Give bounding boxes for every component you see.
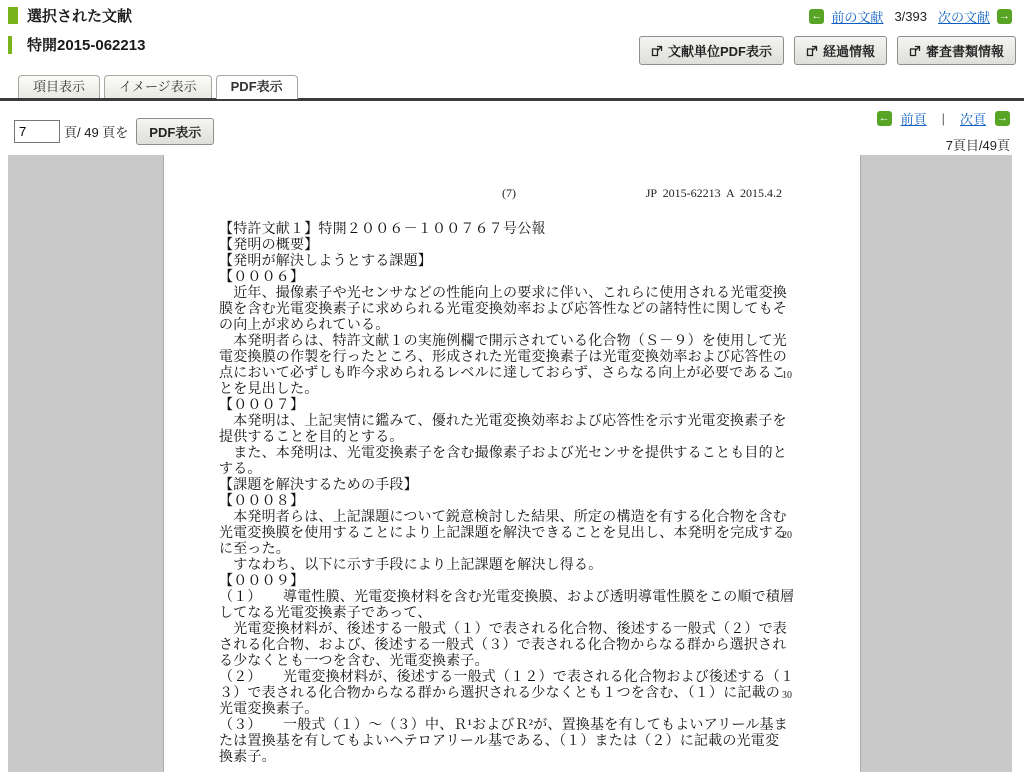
external-link-icon [651, 45, 663, 57]
accent-marker [8, 7, 18, 24]
tab-item-view[interactable]: 項目表示 [18, 75, 100, 98]
pdf-text: （３） 一般式（１）～（３）中、Ｒ¹およびＲ²が、置換基を有してもよいアリール基… [219, 718, 788, 733]
prev-page-arrow-icon[interactable]: ← [877, 111, 892, 126]
pdf-text-line: 【課題を解決するための手段】 [219, 478, 794, 494]
pdf-text-line: 本発明者らは、上記課題について鋭意検討した結果、所定の構造を有する化合物を含む [219, 510, 794, 526]
page-title: 選択された文献 [27, 5, 132, 26]
pdf-text: の向上が求められている。 [219, 318, 389, 333]
pdf-text-line: （１） 導電性膜、光電変換材料を含む光電変換膜、および透明導電性膜をこの順で積層 [219, 590, 794, 606]
next-page-link[interactable]: 次頁 [960, 109, 986, 128]
progress-info-button[interactable]: 経過情報 [794, 36, 887, 65]
pdf-text: 光電変換材料が、後述する一般式（１）で表される化合物、後述する一般式（２）で表 [219, 622, 787, 637]
pdf-text: （２） 光電変換材料が、後述する一般式（１２）で表される化合物および後述する（１ [219, 670, 794, 685]
pdf-text-line: 本発明者らは、特許文献１の実施例欄で開示されている化合物（Ｓ－９）を使用して光 [219, 334, 794, 350]
tab-pdf-view[interactable]: PDF表示 [216, 75, 298, 99]
pdf-text-line: される化合物、および、後述する一般式（３）で表される化合物からなる群から選択され [219, 638, 794, 654]
next-page-arrow-icon[interactable]: → [995, 111, 1010, 126]
pdf-text-line: 電変換膜の作製を行ったところ、形成された光電変換素子は光電変換効率および応答性の [219, 350, 794, 366]
pdf-text: 【０００９】 [219, 574, 304, 589]
pdf-text-line: 光電変換膜を使用することにより上記課題を解決できることを見出し、本発明を完成する… [219, 526, 794, 542]
pdf-text-line: （２） 光電変換材料が、後述する一般式（１２）で表される化合物および後述する（１ [219, 670, 794, 686]
pdf-text-line: 換素子。 [219, 750, 794, 766]
pdf-text: 近年、撮像素子や光センサなどの性能向上の要求に伴い、これらに使用される光電変換 [219, 286, 787, 301]
pdf-text: 光電変換膜を使用することにより上記課題を解決できることを見出し、本発明を完成する [219, 526, 787, 541]
external-link-icon [909, 45, 921, 57]
pdf-text: 提供することを目的とする。 [219, 430, 404, 445]
pdf-text: すなわち、以下に示す手段により上記課題を解決し得る。 [219, 558, 602, 573]
pdf-text-line: に至った。 [219, 542, 794, 558]
examination-docs-button[interactable]: 審査書類情報 [897, 36, 1016, 65]
next-document-arrow-icon[interactable]: → [997, 9, 1012, 24]
page-number-input[interactable] [14, 120, 60, 143]
pdf-text-line: 本発明は、上記実情に鑑みて、優れた光電変換効率および応答性を示す光電変換素子を [219, 414, 794, 430]
pdf-text-line: 【０００７】 [219, 398, 794, 414]
pdf-text: 本発明は、上記実情に鑑みて、優れた光電変換効率および応答性を示す光電変換素子を [219, 414, 787, 429]
pdf-text-line: （３） 一般式（１）～（３）中、Ｒ¹およびＲ²が、置換基を有してもよいアリール基… [219, 718, 794, 734]
pdf-text-line: る少なくとも一つを含む、光電変換素子。 [219, 654, 794, 670]
button-label: 文献単位PDF表示 [668, 41, 772, 60]
button-label: 審査書類情報 [926, 41, 1004, 60]
pdf-text: （１） 導電性膜、光電変換材料を含む光電変換膜、および透明導電性膜をこの順で積層 [219, 590, 794, 605]
pdf-text: 【発明が解決しようとする課題】 [219, 254, 432, 269]
pdf-text-line: 近年、撮像素子や光センサなどの性能向上の要求に伴い、これらに使用される光電変換 [219, 286, 794, 302]
pdf-text: る少なくとも一つを含む、光電変換素子。 [219, 654, 489, 669]
pdf-text-line: 【発明が解決しようとする課題】 [219, 254, 794, 270]
pdf-viewer-area[interactable]: (7) JP 2015-62213 A 2015.4.2 【特許文献１】特開２０… [8, 155, 1012, 772]
pdf-text-line: 【特許文献１】特開２００６－１００７６７号公報 [219, 222, 794, 238]
document-pdf-button[interactable]: 文献単位PDF表示 [639, 36, 784, 65]
pdf-page-number: (7) [502, 186, 516, 201]
pdf-text-line: また、本発明は、光電変換素子を含む撮像素子および光センサを提供することも目的と [219, 446, 794, 462]
pdf-text-line: してなる光電変換素子であって、 [219, 606, 794, 622]
pdf-text: 本発明者らは、上記課題について鋭意検討した結果、所定の構造を有する化合物を含む [219, 510, 787, 525]
prev-document-link[interactable]: 前の文献 [831, 7, 883, 26]
pdf-text: 【０００７】 [219, 398, 304, 413]
pdf-text: 【０００８】 [219, 494, 304, 509]
action-buttons: 文献単位PDF表示 経過情報 審査書類情報 [639, 36, 1016, 65]
pdf-text: 【発明の概要】 [219, 238, 318, 253]
button-label: 経過情報 [823, 41, 875, 60]
pdf-text: される化合物、および、後述する一般式（３）で表される化合物からなる群から選択され [219, 638, 786, 653]
pdf-text: する。 [219, 462, 262, 477]
pdf-text-line: 【０００８】 [219, 494, 794, 510]
next-document-link[interactable]: 次の文献 [938, 7, 990, 26]
pdf-text: 換素子。 [219, 750, 276, 765]
pdf-text: ３）で表される化合物からなる群から選択される少なくとも１つを含む、（１）に記載の [219, 686, 780, 701]
pdf-text-line: 光電変換材料が、後述する一般式（１）で表される化合物、後述する一般式（２）で表 [219, 622, 794, 638]
pdf-text: してなる光電変換素子であって、 [219, 606, 432, 621]
pdf-text-line: する。 [219, 462, 794, 478]
separator: | [936, 111, 951, 126]
pdf-text-line: とを見出した。 [219, 382, 794, 398]
pdf-text: 本発明者らは、特許文献１の実施例欄で開示されている化合物（Ｓ－９）を使用して光 [219, 334, 787, 349]
pdf-text-line: 光電変換素子。 [219, 702, 794, 718]
prev-page-link[interactable]: 前頁 [901, 109, 927, 128]
document-navigation: ← 前の文献 3/393 次の文献 → [809, 7, 1012, 26]
pdf-text: 光電変換素子。 [219, 702, 318, 717]
document-counter: 3/393 [890, 9, 931, 24]
document-id-row: 特開2015-062213 [8, 34, 145, 55]
view-tabs: 項目表示 イメージ表示 PDF表示 [18, 75, 298, 99]
pdf-text-line: すなわち、以下に示す手段により上記課題を解決し得る。 [219, 558, 794, 574]
pdf-text: 電変換膜の作製を行ったところ、形成された光電変換素子は光電変換効率および応答性の [219, 350, 787, 365]
pdf-text-line: の向上が求められている。 [219, 318, 794, 334]
pdf-text-line: 【０００９】 [219, 574, 794, 590]
pdf-page-header: (7) JP 2015-62213 A 2015.4.2 [164, 186, 860, 202]
pdf-text: 【特許文献１】特開２００６－１００７６７号公報 [219, 222, 546, 237]
pdf-text-line: 膜を含む光電変換素子に求められる光電変換効率および応答性などの諸特性に関してもそ [219, 302, 794, 318]
page-nav-right: ← 前頁 | 次頁 → 7頁目/49頁 [877, 109, 1010, 154]
pdf-text: また、本発明は、光電変換素子を含む撮像素子および光センサを提供することも目的と [219, 446, 787, 461]
pdf-text: に至った。 [219, 542, 290, 557]
external-link-icon [806, 45, 818, 57]
pdf-text: 【０００６】 [219, 270, 304, 285]
pdf-text-line: ３）で表される化合物からなる群から選択される少なくとも１つを含む、（１）に記載の… [219, 686, 794, 702]
pdf-document-reference: JP 2015-62213 A 2015.4.2 [646, 186, 782, 201]
tab-image-view[interactable]: イメージ表示 [104, 75, 212, 98]
pdf-text: たは置換基を有してもよいヘテロアリール基である、（１）または（２）に記載の光電変 [219, 734, 779, 749]
prev-document-arrow-icon[interactable]: ← [809, 9, 824, 24]
pdf-text-line: 【０００６】 [219, 270, 794, 286]
page-header: 選択された文献 [8, 5, 132, 26]
pdf-text-line: 点において必ずしも昨今求められるレベルに達しておらず、さらなる向上が必要であるこ… [219, 366, 794, 382]
pdf-text: とを見出した。 [219, 382, 318, 397]
accent-bar [8, 36, 12, 54]
pdf-text-line: 【発明の概要】 [219, 238, 794, 254]
pdf-page: (7) JP 2015-62213 A 2015.4.2 【特許文献１】特開２０… [163, 155, 861, 772]
pdf-text-line: 提供することを目的とする。 [219, 430, 794, 446]
pdf-text: 膜を含む光電変換素子に求められる光電変換効率および応答性などの諸特性に関してもそ [219, 302, 787, 317]
pdf-text: 【課題を解決するための手段】 [219, 478, 418, 493]
page-total-label: 頁/ 49 頁を [64, 122, 128, 141]
pdf-show-button[interactable]: PDF表示 [136, 118, 214, 145]
pdf-body: 【特許文献１】特開２００６－１００７６７号公報【発明の概要】【発明が解決しようと… [219, 222, 794, 766]
pdf-text-line: たは置換基を有してもよいヘテロアリール基である、（１）または（２）に記載の光電変 [219, 734, 794, 750]
pdf-text: 点において必ずしも昨今求められるレベルに達しておらず、さらなる向上が必要であるこ [219, 366, 786, 381]
page-status: 7頁目/49頁 [877, 135, 1010, 154]
document-id: 特開2015-062213 [27, 34, 145, 55]
page-nav-left: 頁/ 49 頁を PDF表示 [14, 118, 214, 145]
